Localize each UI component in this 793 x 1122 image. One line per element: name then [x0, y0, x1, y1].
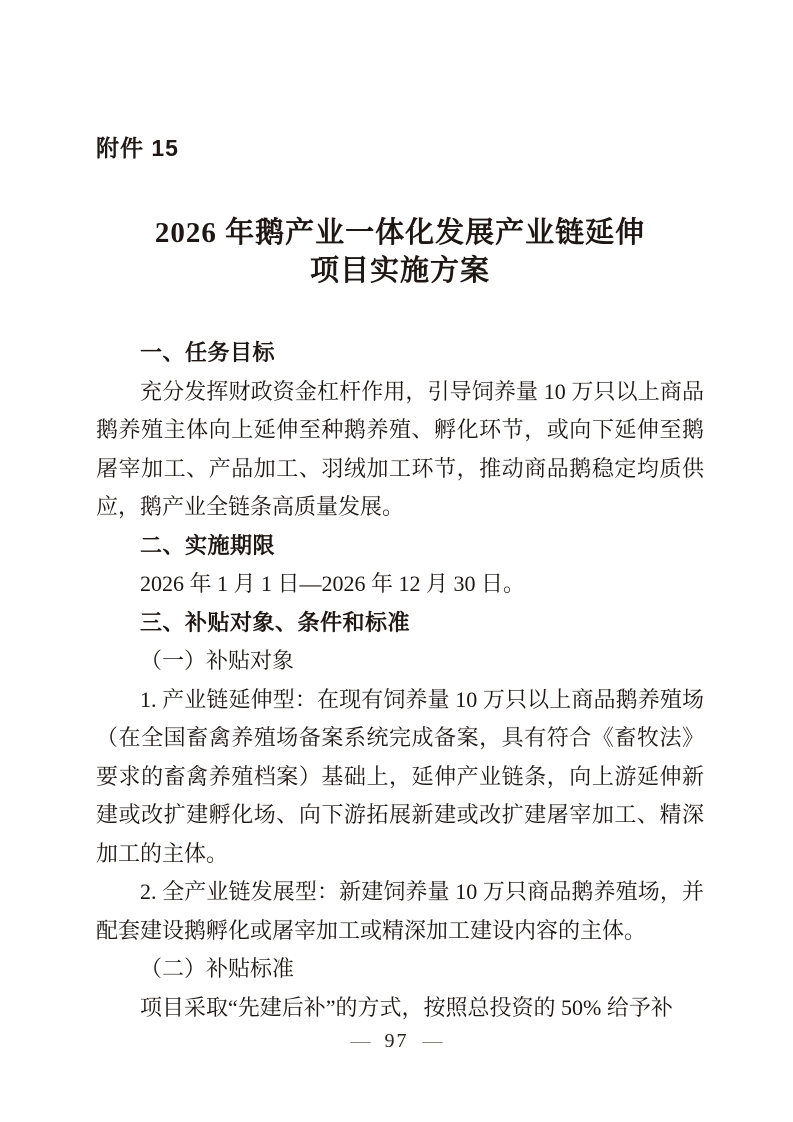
attachment-label: 附件 15	[96, 132, 704, 164]
subsection-2-heading: （二）补贴标准	[96, 950, 704, 989]
subsection-1-item-1: 1. 产业链延伸型：在现有饲养量 10 万只以上商品鹅养殖场（在全国畜禽养殖场备…	[96, 681, 704, 874]
document-title: 2026 年鹅产业一体化发展产业链延伸 项目实施方案	[96, 214, 704, 290]
subsection-1-item-2: 2. 全产业链发展型：新建饲养量 10 万只商品鹅养殖场，并配套建设鹅孵化或屠宰…	[96, 873, 704, 950]
section-1-paragraph: 充分发挥财政资金杠杆作用，引导饲养量 10 万只以上商品鹅养殖主体向上延伸至种鹅…	[96, 373, 704, 527]
section-1-heading: 一、任务目标	[96, 334, 704, 373]
section-2-heading: 二、实施期限	[96, 527, 704, 566]
subsection-1-heading: （一）补贴对象	[96, 642, 704, 681]
footer-left-dash: —	[351, 1030, 371, 1052]
document-title-line1: 2026 年鹅产业一体化发展产业链延伸	[96, 214, 704, 252]
page-number: 97	[385, 1030, 409, 1052]
document-page: 附件 15 2026 年鹅产业一体化发展产业链延伸 项目实施方案 一、任务目标 …	[0, 0, 793, 1122]
footer-right-dash: —	[423, 1030, 443, 1052]
document-body: 一、任务目标 充分发挥财政资金杠杆作用，引导饲养量 10 万只以上商品鹅养殖主体…	[96, 334, 704, 1027]
document-title-line2: 项目实施方案	[96, 252, 704, 290]
section-3-heading: 三、补贴对象、条件和标准	[96, 604, 704, 643]
page-footer: —97—	[0, 1026, 793, 1056]
section-2-paragraph: 2026 年 1 月 1 日—2026 年 12 月 30 日。	[96, 565, 704, 604]
subsection-2-paragraph: 项目采取“先建后补”的方式，按照总投资的 50% 给予补	[96, 989, 704, 1028]
